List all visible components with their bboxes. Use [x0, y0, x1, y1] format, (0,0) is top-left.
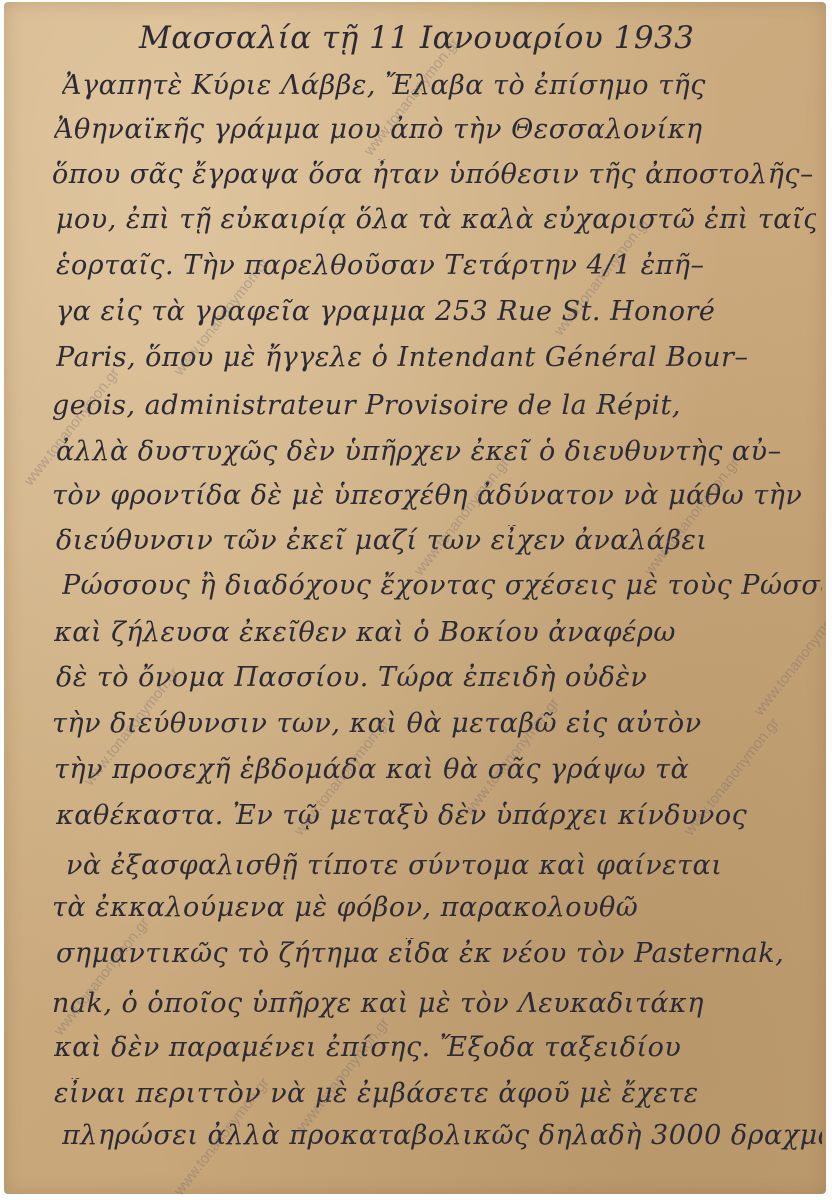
- handwritten-line: σημαντικῶς τὸ ζήτημα εἶδα ἐκ νέου τὸν Pa…: [56, 938, 816, 969]
- handwritten-line: γα εἰς τὰ γραφεῖα γραμμα 253 Rue St. Hon…: [56, 296, 816, 327]
- handwritten-line: καὶ ζήλευσα ἐκεῖθεν καὶ ὁ Βοκίου ἀναφέρω: [54, 617, 814, 648]
- handwritten-line: πληρώσει ἀλλὰ προκαταβολικῶς δηλαδὴ 3000…: [62, 1120, 822, 1151]
- handwritten-line: ὅπου σᾶς ἔγραψα ὅσα ἦταν ὑπόθεσιν τῆς ἀπ…: [52, 159, 812, 190]
- handwritten-line: τὴν διεύθυνσιν των, καὶ θὰ μεταβῶ εἰς αὐ…: [52, 708, 812, 739]
- handwritten-line: ἑορταῖς. Τὴν παρελθοῦσαν Τετάρτην 4/1 ἐπ…: [56, 250, 816, 281]
- handwritten-line: καὶ δὲν παραμένει ἐπίσης. Ἔξοδα ταξειδίο…: [54, 1032, 814, 1063]
- date-line: Μασσαλία τῇ 11 Ιανουαρίου 1933: [139, 20, 826, 56]
- handwritten-line: Ρώσσους ἢ διαδόχους ἔχοντας σχέσεις μὲ τ…: [62, 570, 822, 601]
- handwritten-line: ἀλλὰ δυστυχῶς δὲν ὑπῆρχεν ἐκεῖ ὁ διευθυν…: [56, 436, 816, 467]
- handwritten-line: μου, ἐπὶ τῇ εὐκαιρίᾳ ὅλα τὰ καλὰ εὐχαρισ…: [56, 204, 816, 235]
- watermark-text: www.tonanonymon.gr: [51, 915, 153, 1039]
- handwritten-line: geois, administrateur Provisoire de la R…: [52, 390, 812, 421]
- handwritten-line: τὴν προσεχῆ ἑβδομάδα καὶ θὰ σᾶς γράψω τὰ: [54, 754, 814, 785]
- handwritten-line: Ἀθηναϊκῆς γράμμα μου ἀπὸ τὴν Θεσσαλονίκη: [54, 114, 814, 145]
- watermark-text: www.tonanonymon.gr: [411, 455, 513, 579]
- handwritten-line: τὰ ἐκκαλούμενα μὲ φόβον, παρακολουθῶ: [52, 892, 812, 923]
- handwritten-line: εἶναι περιττὸν νὰ μὲ ἐμβάσετε ἀφοῦ μὲ ἔχ…: [54, 1078, 814, 1109]
- watermark-text: www.tonanonymon.gr: [641, 455, 743, 579]
- handwritten-line: νὰ ἐξασφαλισθῇ τίποτε σύντομα καὶ φαίνετ…: [66, 850, 826, 881]
- watermark-text: www.tonanonymon.gr: [21, 365, 123, 489]
- handwritten-line: Ἀγαπητὲ Κύριε Λάββε, Ἔλαβα τὸ ἐπίσημο τῆ…: [62, 70, 822, 101]
- handwritten-line: nak, ὁ ὁποῖος ὑπῆρχε καὶ μὲ τὸν Λευκαδιτ…: [52, 988, 812, 1019]
- watermark-text: www.tonanonymon.gr: [751, 595, 826, 719]
- postcard: Μασσαλία τῇ 11 Ιανουαρίου 1933 Ἀγαπητὲ Κ…: [4, 2, 826, 1194]
